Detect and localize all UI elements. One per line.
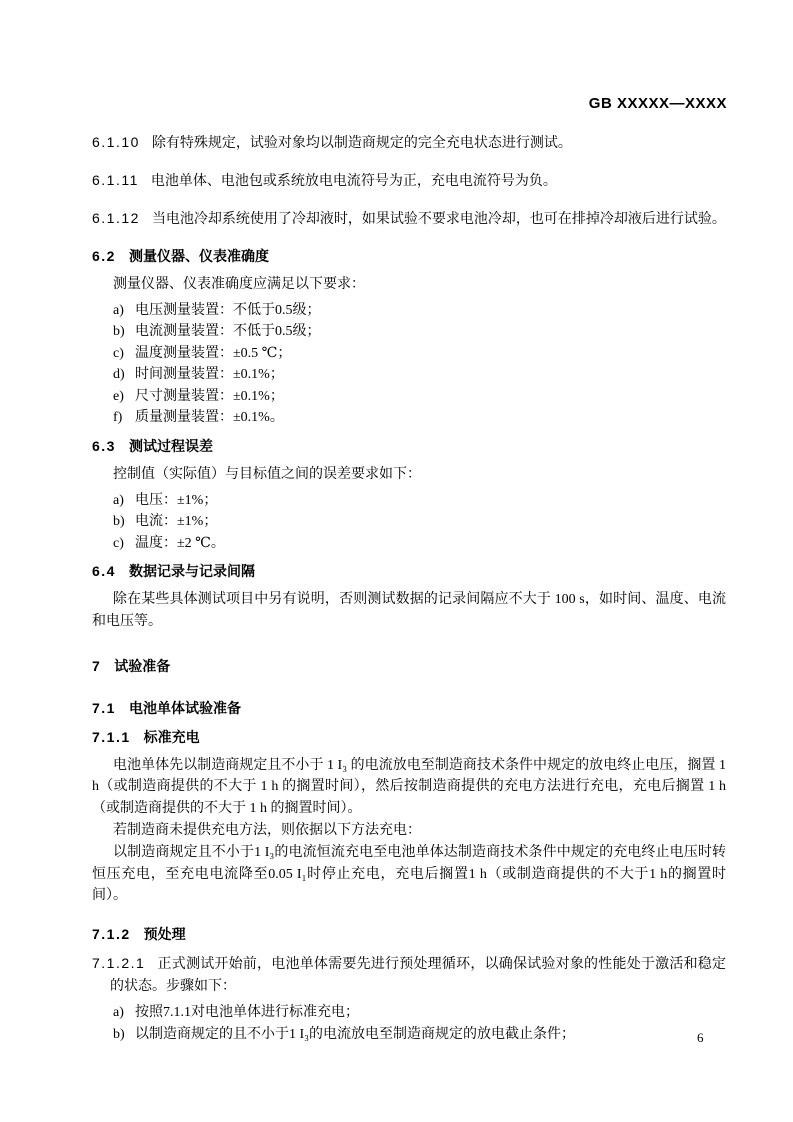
- list-item-text: 时间测量装置：±0.1%；: [135, 367, 284, 382]
- list-item-label: a): [113, 300, 135, 322]
- list-item: c)温度测量装置：±0.5 ℃；: [113, 343, 726, 365]
- list-item: d)时间测量装置：±0.1%；: [113, 364, 726, 386]
- heading-title: 试验准备: [114, 658, 170, 674]
- clause-number: 7.1.2.1: [92, 955, 145, 971]
- list-item-label: a): [113, 1002, 135, 1024]
- heading-number: 7: [92, 658, 101, 674]
- heading-7-1: 7.1电池单体试验准备: [92, 697, 726, 719]
- list-item-text: 电压测量装置：不低于0.5级；: [135, 303, 321, 318]
- list-6-2: a)电压测量装置：不低于0.5级； b)电流测量装置：不低于0.5级； c)温度…: [92, 300, 726, 429]
- heading-title: 预处理: [144, 926, 186, 942]
- list-item-label: e): [113, 386, 135, 408]
- list-item: a)按照7.1.1对电池单体进行标准充电；: [113, 1002, 726, 1024]
- list-item-label: b): [113, 1024, 135, 1046]
- heading-title: 标准充电: [144, 729, 200, 745]
- list-item: a)电压测量装置：不低于0.5级；: [113, 300, 726, 322]
- list-item: b)电流测量装置：不低于0.5级；: [113, 321, 726, 343]
- clause-6-1-10: 6.1.10除有特殊规定，试验对象均以制造商规定的完全充电状态进行测试。: [92, 131, 726, 155]
- heading-number: 7.1.2: [92, 926, 131, 942]
- heading-6-2: 6.2测量仪器、仪表准确度: [92, 245, 726, 267]
- list-item-text: 质量测量装置：±0.1%。: [135, 410, 284, 425]
- para-7-1-1-b: 若制造商未提供充电方法，则依据以下方法充电：: [92, 820, 726, 842]
- list-item-label: c): [113, 533, 135, 555]
- list-item-label: c): [113, 343, 135, 365]
- heading-6-4: 6.4数据记录与记录间隔: [92, 560, 726, 582]
- clause-text: 电池单体、电池包或系统放电电流符号为正，充电电流符号为负。: [151, 174, 557, 189]
- clause-number: 6.1.11: [92, 172, 139, 188]
- heading-title: 测量仪器、仪表准确度: [129, 248, 269, 264]
- heading-number: 7.1: [92, 700, 116, 716]
- list-item: b)以制造商规定的且不小于1 I₃的电流放电至制造商规定的放电截止条件；: [113, 1024, 726, 1046]
- clause-6-1-12: 6.1.12当电池冷却系统使用了冷却液时，如果试验不要求电池冷却，也可在排掉冷却…: [92, 207, 726, 231]
- heading-7-1-1: 7.1.1标准充电: [92, 726, 726, 748]
- para-6-2-intro: 测量仪器、仪表准确度应满足以下要求：: [92, 274, 726, 296]
- list-item-label: b): [113, 321, 135, 343]
- list-item-text: 电压：±1%；: [135, 493, 217, 508]
- page-number: 6: [697, 1030, 704, 1046]
- clause-number: 6.1.12: [92, 210, 140, 226]
- heading-number: 6.2: [92, 248, 116, 264]
- clause-text: 正式测试开始前，电池单体需要先进行预处理循环，以确保试验对象的性能处于激活和稳定…: [110, 957, 726, 994]
- heading-6-3: 6.3测试过程误差: [92, 435, 726, 457]
- para-6-4: 除在某些具体测试项目中另有说明，否则测试数据的记录间隔应不大于 100 s，如时…: [92, 589, 726, 633]
- document-page: GB XXXXX—XXXX 6.1.10除有特殊规定，试验对象均以制造商规定的完…: [0, 0, 793, 1122]
- heading-number: 6.3: [92, 438, 116, 454]
- list-item-text: 电流：±1%；: [135, 514, 217, 529]
- list-item: a)电压：±1%；: [113, 490, 726, 512]
- heading-7: 7试验准备: [92, 655, 726, 677]
- heading-title: 数据记录与记录间隔: [129, 563, 255, 579]
- list-item: e)尺寸测量装置：±0.1%；: [113, 386, 726, 408]
- list-6-3: a)电压：±1%； b)电流：±1%； c)温度：±2 ℃。: [92, 490, 726, 555]
- para-7-1-1-a: 电池单体先以制造商规定且不小于 1 I₃ 的电流放电至制造商技术条件中规定的放电…: [92, 755, 726, 820]
- heading-number: 6.4: [92, 563, 116, 579]
- page-content: 6.1.10除有特殊规定，试验对象均以制造商规定的完全充电状态进行测试。 6.1…: [92, 124, 726, 1045]
- list-7-1-2-1: a)按照7.1.1对电池单体进行标准充电； b)以制造商规定的且不小于1 I₃的…: [92, 1002, 726, 1045]
- heading-title: 电池单体试验准备: [129, 700, 241, 716]
- para-6-3-intro: 控制值（实际值）与目标值之间的误差要求如下：: [92, 464, 726, 486]
- clause-text: 除有特殊规定，试验对象均以制造商规定的完全充电状态进行测试。: [152, 136, 572, 151]
- list-item: b)电流：±1%；: [113, 511, 726, 533]
- list-item-text: 按照7.1.1对电池单体进行标准充电；: [135, 1005, 359, 1020]
- list-item-text: 以制造商规定的且不小于1 I₃的电流放电至制造商规定的放电截止条件；: [135, 1027, 575, 1042]
- clause-7-1-2-1: 7.1.2.1正式测试开始前，电池单体需要先进行预处理循环，以确保试验对象的性能…: [92, 952, 726, 998]
- heading-title: 测试过程误差: [129, 438, 213, 454]
- clause-number: 6.1.10: [92, 134, 140, 150]
- list-item-text: 电流测量装置：不低于0.5级；: [135, 324, 321, 339]
- heading-7-1-2: 7.1.2预处理: [92, 923, 726, 945]
- list-item-text: 尺寸测量装置：±0.1%；: [135, 389, 284, 404]
- list-item-text: 温度：±2 ℃。: [135, 536, 225, 551]
- para-7-1-1-c: 以制造商规定且不小于1 I₃的电流恒流充电至电池单体达制造商技术条件中规定的充电…: [92, 842, 726, 907]
- heading-number: 7.1.1: [92, 729, 131, 745]
- list-item-label: b): [113, 511, 135, 533]
- clause-text: 当电池冷却系统使用了冷却液时，如果试验不要求电池冷却，也可在排掉冷却液后进行试验…: [152, 212, 726, 227]
- list-item: f)质量测量装置：±0.1%。: [113, 407, 726, 429]
- list-item-label: a): [113, 490, 135, 512]
- list-item-label: f): [113, 407, 135, 429]
- list-item-text: 温度测量装置：±0.5 ℃；: [135, 346, 291, 361]
- clause-6-1-11: 6.1.11电池单体、电池包或系统放电电流符号为正，充电电流符号为负。: [92, 169, 726, 193]
- list-item: c)温度：±2 ℃。: [113, 533, 726, 555]
- list-item-label: d): [113, 364, 135, 386]
- standard-code-header: GB XXXXX—XXXX: [589, 95, 727, 112]
